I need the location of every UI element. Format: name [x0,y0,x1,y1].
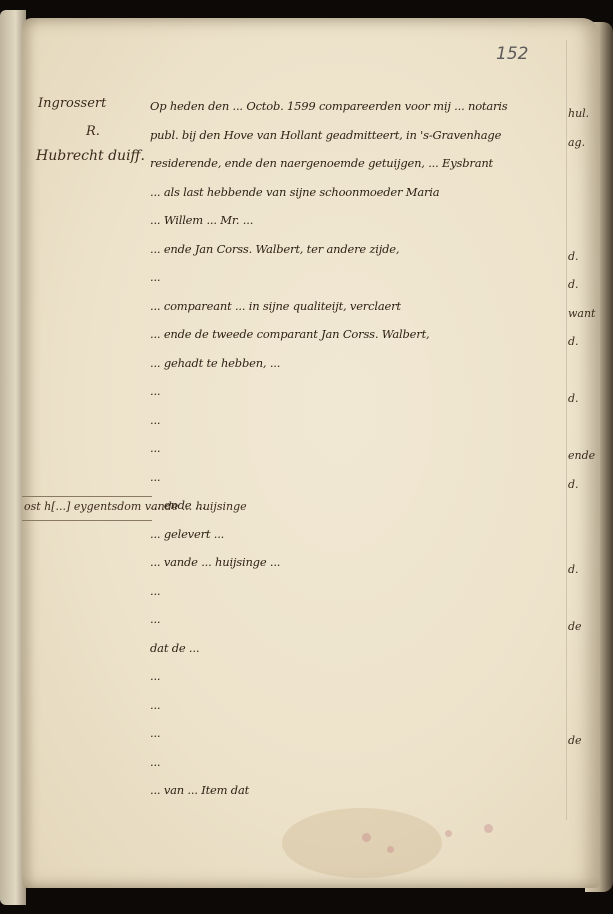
text-line: ... [150,406,560,435]
text-line: Op heden den ... Octob. 1599 compareerde… [150,92,560,121]
folio-number: 152 [496,44,528,64]
text-line: ... [150,748,560,777]
right-gloss: d. [568,243,598,272]
text-line: ... [150,577,560,606]
right-gloss: d. [568,385,598,414]
text-line: ... [150,605,560,634]
right-gloss [568,357,598,386]
right-gloss: d. [568,556,598,585]
text-line: ... [150,263,560,292]
text-line: ... [150,463,560,492]
right-gloss [568,528,598,557]
text-line: ... Willem ... Mr. ... [150,206,560,235]
right-gloss [568,699,598,728]
water-stain [282,808,442,878]
right-gloss [568,214,598,243]
margin-note-ingrossert: Ingrossert [38,96,106,111]
right-gloss: ende [568,442,598,471]
text-line: ... [150,377,560,406]
text-line: dat de ... [150,634,560,663]
margin-ruling [566,40,567,820]
right-gloss [568,670,598,699]
right-gloss: want [568,300,598,329]
right-gloss: d. [568,328,598,357]
text-line: ... van ... Item dat [150,776,560,805]
text-line: ... gelevert ... [150,520,560,549]
text-line: ... [150,691,560,720]
stain-spot [445,830,452,837]
body-text: Op heden den ... Octob. 1599 compareerde… [150,92,560,805]
text-line: ... [150,662,560,691]
text-line: publ. bij den Hove van Hollant geadmitte… [150,121,560,150]
text-line: ... als last hebbende van sijne schoonmo… [150,178,560,207]
right-gloss: d. [568,271,598,300]
right-gloss [568,414,598,443]
right-gloss: ag. [568,129,598,158]
text-line: ... ende de tweede comparant Jan Corss. … [150,320,560,349]
right-gloss [568,585,598,614]
right-gloss [568,157,598,186]
stain-spot [362,833,371,842]
right-gloss: d. [568,471,598,500]
right-gloss [568,499,598,528]
right-gloss [568,186,598,215]
stain-spot [387,846,394,853]
text-line: ... gehadt te hebben, ... [150,349,560,378]
margin-note-name: Hubrecht duiff. [36,148,145,164]
right-margin-column: hul. ag. d. d. want d. d. ende d. d. de … [568,100,598,756]
stain-spot [484,824,493,833]
right-gloss: de [568,727,598,756]
text-line: ... compareant ... in sijne qualiteijt, … [150,292,560,321]
margin-note-initial: R. [86,124,100,139]
text-line: ... [150,434,560,463]
text-line: ... vande ... huijsinge ... [150,548,560,577]
text-line: ... [150,719,560,748]
right-gloss [568,642,598,671]
text-line: residerende, ende den naergenoemde getui… [150,149,560,178]
text-line: ... ende Jan Corss. Walbert, ter andere … [150,235,560,264]
text-line: ... ende ... [150,491,560,520]
right-gloss: hul. [568,100,598,129]
right-gloss: de [568,613,598,642]
margin-rule-top [22,496,152,497]
margin-rule-bottom [22,520,152,521]
